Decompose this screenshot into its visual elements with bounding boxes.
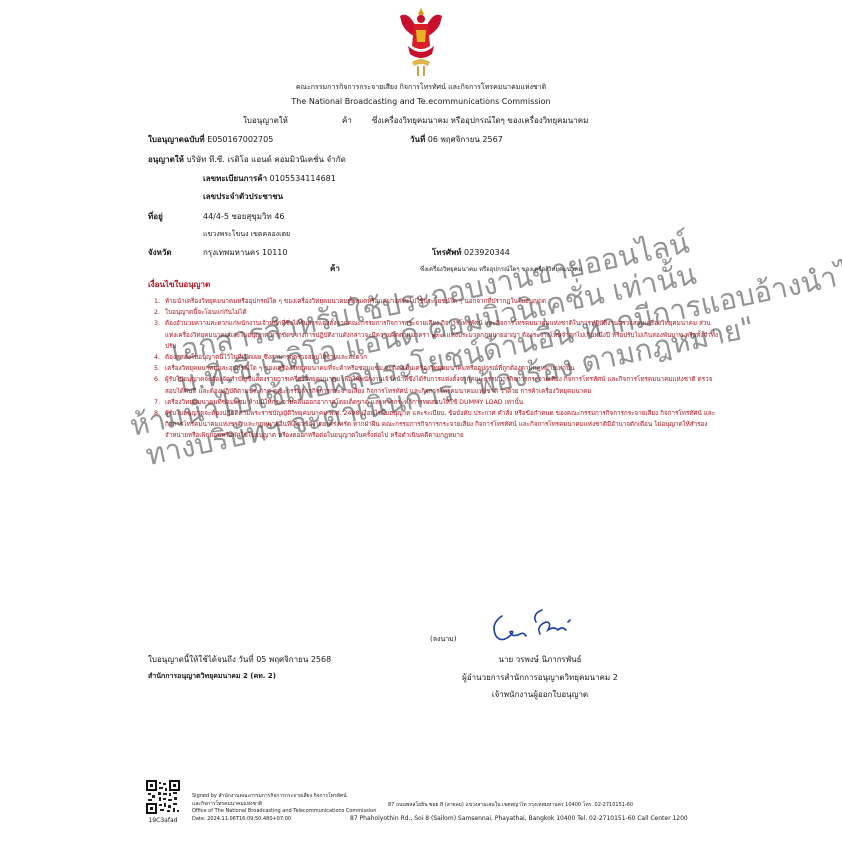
signed-by-label: Signed by xyxy=(192,793,217,799)
address-line-1: 44/4-5 ซอยสุขุมวิท 46 xyxy=(203,210,285,223)
signature-icon xyxy=(488,604,578,646)
condition-item: เครื่องวิทยุคมนาคมที่ซ่อมแซม ห้ามมิให้กร… xyxy=(162,397,718,408)
qr-code-icon[interactable] xyxy=(146,780,180,814)
signed-by-thai-2: และกิจการโทรคมนาคมแห่งชาติ xyxy=(192,801,376,809)
garuda-emblem-icon xyxy=(398,6,444,78)
validity-text: ใบอนุญาตนี้ให้ใช้ได้จนถึง วันที่ 05 พฤศจ… xyxy=(148,653,331,666)
footer-address-thai: 87 ถนนพหลโยธิน ซอย 8 (สายลม) แขวงสามเสนใ… xyxy=(388,801,633,809)
license-number-value: E050167002705 xyxy=(207,135,273,144)
trade-registration: เลขทะเบียนการค้า 0105534114681 xyxy=(203,172,336,185)
issuing-office: สำนักการอนุญาตวิทยุคมนาคม 2 (คท. 2) xyxy=(148,671,276,682)
conditions-list: ห้ามนำเครื่องวิทยุคมนาคมหรืออุปกรณ์ใด ๆ … xyxy=(148,296,718,442)
sign-label: (ลงนาม) xyxy=(430,634,457,645)
agency-name-english: The National Broadcasting and Te.ecommun… xyxy=(140,97,702,106)
province-value: กรุงเทพมหานคร 10110 xyxy=(203,246,287,259)
license-date-label: วันที่ xyxy=(410,135,425,144)
license-number-label: ใบอนุญาตฉบับที่ xyxy=(148,135,205,144)
signed-by-thai: สำนักงานคณะกรรมการกิจการกระจายเสียง กิจก… xyxy=(218,793,346,799)
footer-address-english: 87 Phaholyothin Rd., Soi 8 (Sailom) Sams… xyxy=(350,815,688,822)
granted-to-value: บริษัท ที.ซี. เรดิโอ แอนด์ คอมมิวนิเคชั่… xyxy=(187,155,346,164)
granted-to-label: อนุญาตให้ xyxy=(148,155,184,164)
citizen-id-label: เลขประจำตัวประชาชน xyxy=(203,192,283,201)
license-number: ใบอนุญาตฉบับที่ E050167002705 xyxy=(148,133,273,146)
signed-by-english: Office of The National Broadcasting and … xyxy=(192,808,376,816)
condition-item: ใบอนุญาตนี้จะโอนแก่กันไม่ได้ xyxy=(162,307,718,318)
citizen-id: เลขประจำตัวประชาชน xyxy=(203,190,283,203)
digital-signature-block: Signed by สำนักงานคณะกรรมการกิจการกระจาย… xyxy=(192,793,376,823)
signed-by-line: Signed by สำนักงานคณะกรรมการกิจการกระจาย… xyxy=(192,793,376,801)
condition-item: ผู้รับใบอนุญาตจะต้องจัดทำบัญชีแสดงรายการ… xyxy=(162,374,718,396)
license-type-action: ค้า xyxy=(342,114,352,127)
license-date: วันที่ 06 พฤศจิกายน 2567 xyxy=(410,133,503,146)
granted-to: อนุญาตให้ บริษัท ที.ซี. เรดิโอ แอนด์ คอม… xyxy=(148,153,346,166)
province-label: จังหวัด xyxy=(148,246,172,259)
address-label: ที่อยู่ xyxy=(148,210,163,223)
license-type-object-repeat: ซึ่งเครื่องวิทยุคมนาคม หรืออุปกรณ์ใดๆ ขอ… xyxy=(420,264,582,274)
conditions-heading: เงื่อนไขใบอนุญาต xyxy=(148,278,718,291)
condition-item: ต้องอำนวยความสะดวกแก่พนักงานเจ้าหน้าที่ซ… xyxy=(162,318,718,352)
condition-item: ผู้รับใบอนุญาตจะต้องปฏิบัติตามพระราชบัญญ… xyxy=(162,408,718,442)
license-type-action-repeat: ค้า xyxy=(330,262,340,275)
phone-label: โทรศัพท์ xyxy=(432,248,462,257)
phone: โทรศัพท์ 023920344 xyxy=(432,246,510,259)
qr-code-id: 19C3afad xyxy=(140,817,186,824)
condition-item: ต้องแสดงใบอนุญาตนี้ไว้ในที่เปิดเผย ซึ่งส… xyxy=(162,352,718,363)
signatory-position: ผู้อำนวยการสำนักการอนุญาตวิทยุคมนาคม 2 xyxy=(420,671,660,684)
phone-value: 023920344 xyxy=(464,248,510,257)
trade-registration-value: 0105534114681 xyxy=(270,174,336,183)
license-type-label: ใบอนุญาตให้ xyxy=(243,114,288,127)
signature-date: Date: 2024.11.06T16:09:50.480+07:00 xyxy=(192,816,376,824)
license-date-value: 06 พฤศจิกายน 2567 xyxy=(428,135,503,144)
condition-item: ห้ามนำเครื่องวิทยุคมนาคมหรืออุปกรณ์ใด ๆ … xyxy=(162,296,718,307)
signatory-name: นาย วรพงษ์ นิภากรพันธ์ xyxy=(460,653,620,666)
license-type-object: ซึ่งเครื่องวิทยุคมนาคม หรืออุปกรณ์ใดๆ ขอ… xyxy=(372,114,588,127)
agency-name-thai: คณะกรรมการกิจการกระจายเสียง กิจการโทรทัศ… xyxy=(140,82,702,93)
signatory-role: เจ้าพนักงานผู้ออกใบอนุญาต xyxy=(440,688,640,701)
condition-item: เครื่องวิทยุคมนาคมและอุปกรณ์ใด ๆ ของเครื… xyxy=(162,363,718,374)
trade-registration-label: เลขทะเบียนการค้า xyxy=(203,174,267,183)
license-conditions: เงื่อนไขใบอนุญาต ห้ามนำเครื่องวิทยุคมนาค… xyxy=(148,278,718,442)
address-line-2: แขวงพระโขนง เขตคลองเตย xyxy=(203,229,290,240)
